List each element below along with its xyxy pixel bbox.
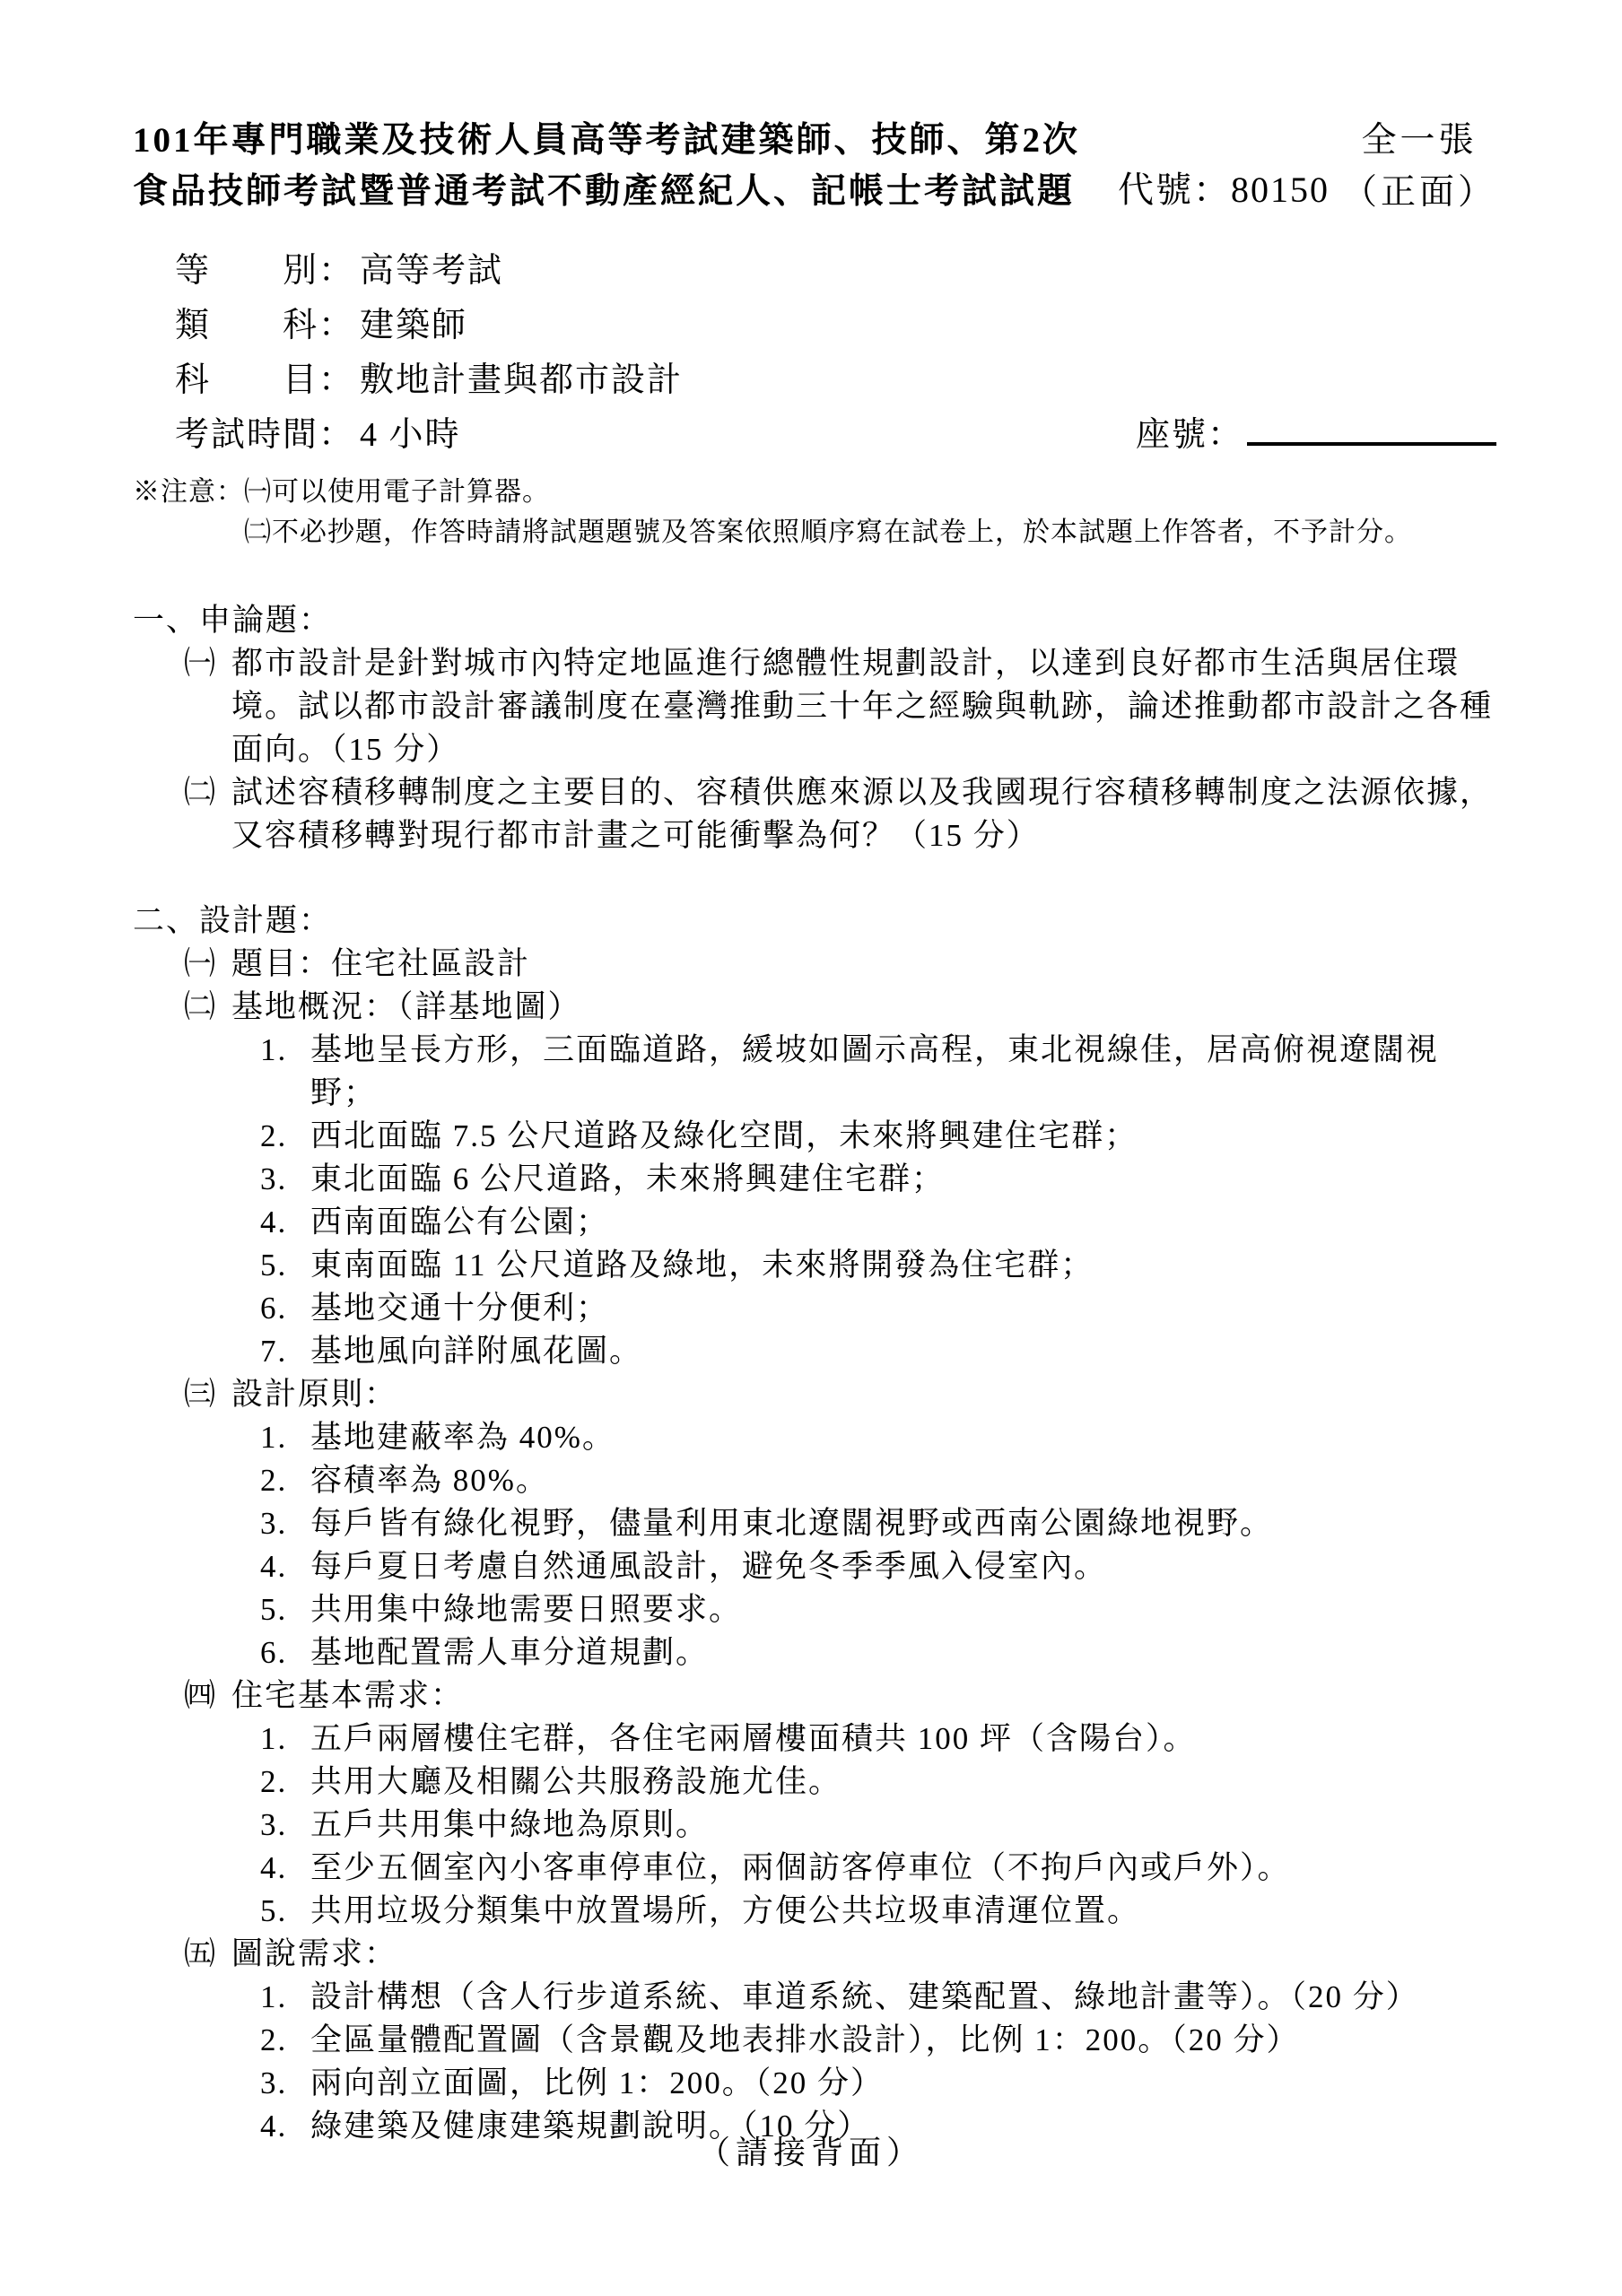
exam-info: 等別：高等考試 類科：建築師 科目：敷地計畫與都市設計 考試時間：4 小時 座號… bbox=[133, 242, 1496, 461]
sub-item: 4.至少五個室內小客車停車位，兩個訪客停車位（不拘戶內或戶外）。 bbox=[231, 1847, 1496, 1890]
sub-item-text: 五戶共用集中綠地為原則。 bbox=[310, 1804, 1496, 1847]
sub-item-number: 1. bbox=[260, 1976, 310, 2019]
item-marker: ㈠ bbox=[184, 642, 231, 771]
sub-item-number: 7. bbox=[260, 1330, 310, 1373]
question-item: ㈠都市設計是針對城市內特定地區進行總體性規劃設計，以達到良好都市生活與居住環境。… bbox=[133, 642, 1496, 771]
sub-item: 1.基地建蔽率為 40%。 bbox=[231, 1416, 1496, 1459]
item-text: 都市設計是針對城市內特定地區進行總體性規劃設計，以達到良好都市生活與居住環境。試… bbox=[231, 642, 1496, 771]
exam-paper-page: 101年專門職業及技術人員高等考試建築師、技師、第2次 食品技師考試暨普通考試不… bbox=[0, 0, 1622, 2296]
header: 101年專門職業及技術人員高等考試建築師、技師、第2次 食品技師考試暨普通考試不… bbox=[133, 115, 1496, 219]
sub-item: 5.共用集中綠地需要日照要求。 bbox=[231, 1588, 1496, 1631]
sub-item-number: 1. bbox=[260, 1416, 310, 1459]
sub-item: 3.每戶皆有綠化視野，儘量利用東北遼闊視野或西南公園綠地視野。 bbox=[231, 1502, 1496, 1545]
sub-item-number: 3. bbox=[260, 1804, 310, 1847]
sub-item-number: 5. bbox=[260, 1588, 310, 1631]
seat-number-group: 座號： bbox=[1136, 406, 1496, 456]
grade-row: 等別：高等考試 bbox=[175, 242, 1496, 297]
item-text: 題目：住宅社區設計 bbox=[231, 943, 1496, 986]
item-marker: ㈣ bbox=[184, 1674, 231, 1933]
paper-code-value: 80150 bbox=[1231, 170, 1330, 210]
duration-label: 考試時間 bbox=[175, 406, 318, 456]
section-heading: 二、設計題： bbox=[133, 900, 1496, 943]
question-item: ㈠題目：住宅社區設計 bbox=[133, 943, 1496, 986]
item-body: 基地概況：（詳基地圖）1.基地呈長方形，三面臨道路，緩坡如圖示高程，東北視線佳，… bbox=[231, 986, 1496, 1373]
sub-item-text: 共用垃圾分類集中放置場所，方便公共垃圾車清運位置。 bbox=[310, 1890, 1496, 1933]
question-item: ㈡試述容積移轉制度之主要目的、容積供應來源以及我國現行容積移轉制度之法源依據，又… bbox=[133, 771, 1496, 857]
sub-item: 6.基地交通十分便利； bbox=[231, 1287, 1496, 1330]
item-body: 住宅基本需求：1.五戶兩層樓住宅群，各住宅兩層樓面積共 100 坪（含陽台）。2… bbox=[231, 1674, 1496, 1933]
grade-value: 高等考試 bbox=[360, 242, 503, 291]
item-body: 試述容積移轉制度之主要目的、容積供應來源以及我國現行容積移轉制度之法源依據，又容… bbox=[231, 771, 1496, 857]
sub-item-number: 3. bbox=[260, 1158, 310, 1201]
sub-item-text: 每戶皆有綠化視野，儘量利用東北遼闊視野或西南公園綠地視野。 bbox=[310, 1502, 1496, 1545]
paper-code: 代號：80150 bbox=[1118, 161, 1330, 213]
sub-item: 1.設計構想（含人行步道系統、車道系統、建築配置、綠地計畫等）。（20 分） bbox=[231, 1976, 1496, 2019]
question-item: ㈡基地概況：（詳基地圖）1.基地呈長方形，三面臨道路，緩坡如圖示高程，東北視線佳… bbox=[133, 986, 1496, 1373]
exam-title-line1: 101年專門職業及技術人員高等考試建築師、技師、第2次 bbox=[133, 115, 1111, 166]
sub-item-number: 6. bbox=[260, 1287, 310, 1330]
item-body: 圖說需求：1.設計構想（含人行步道系統、車道系統、建築配置、綠地計畫等）。（20… bbox=[231, 1933, 1496, 2148]
item-text: 基地概況：（詳基地圖） bbox=[231, 986, 1496, 1029]
section-heading: 一、申論題： bbox=[133, 599, 1496, 642]
notice-item: ㈠可以使用電子計算器。 bbox=[244, 472, 1496, 512]
sub-item-number: 2. bbox=[260, 1459, 310, 1502]
sub-item-text: 基地交通十分便利； bbox=[310, 1287, 1496, 1330]
sub-item-text: 基地呈長方形，三面臨道路，緩坡如圖示高程，東北視線佳，居高俯視遼闊視野； bbox=[310, 1029, 1496, 1115]
sub-item-number: 4. bbox=[260, 1545, 310, 1588]
sub-item-number: 1. bbox=[260, 1029, 310, 1115]
sub-item: 7.基地風向詳附風花圖。 bbox=[231, 1330, 1496, 1373]
item-text: 住宅基本需求： bbox=[231, 1674, 1496, 1718]
question-section: 一、申論題：㈠都市設計是針對城市內特定地區進行總體性規劃設計，以達到良好都市生活… bbox=[133, 599, 1496, 857]
category-row: 類科：建築師 bbox=[175, 297, 1496, 352]
sub-item-text: 至少五個室內小客車停車位，兩個訪客停車位（不拘戶內或戶外）。 bbox=[310, 1847, 1496, 1890]
notice-items: ㈠可以使用電子計算器。 ㈡不必抄題，作答時請將試題題號及答案依照順序寫在試卷上，… bbox=[244, 472, 1496, 552]
sub-item: 3.五戶共用集中綠地為原則。 bbox=[231, 1804, 1496, 1847]
sub-item-number: 2. bbox=[260, 1115, 310, 1158]
subject-row: 科目：敷地計畫與都市設計 bbox=[175, 352, 1496, 406]
sub-item: 1.基地呈長方形，三面臨道路，緩坡如圖示高程，東北視線佳，居高俯視遼闊視野； bbox=[231, 1029, 1496, 1115]
sub-item-text: 東北面臨 6 公尺道路，未來將興建住宅群； bbox=[310, 1158, 1496, 1201]
sub-item-number: 3. bbox=[260, 1502, 310, 1545]
sub-item: 6.基地配置需人車分道規劃。 bbox=[231, 1631, 1496, 1674]
sub-item-number: 5. bbox=[260, 1244, 310, 1287]
sub-item: 5.共用垃圾分類集中放置場所，方便公共垃圾車清運位置。 bbox=[231, 1890, 1496, 1933]
seat-number-label: 座號： bbox=[1136, 406, 1243, 456]
sub-item-text: 共用集中綠地需要日照要求。 bbox=[310, 1588, 1496, 1631]
sub-item-number: 3. bbox=[260, 2062, 310, 2105]
subject-value: 敷地計畫與都市設計 bbox=[360, 352, 683, 401]
question-item: ㈢設計原則：1.基地建蔽率為 40%。2.容積率為 80%。3.每戶皆有綠化視野… bbox=[133, 1373, 1496, 1674]
sub-item: 4.西南面臨公有公園； bbox=[231, 1201, 1496, 1244]
duration-row: 考試時間：4 小時 座號： bbox=[175, 406, 1496, 461]
sub-item: 5.東南面臨 11 公尺道路及綠地，未來將開發為住宅群； bbox=[231, 1244, 1496, 1287]
grade-label: 等別 bbox=[175, 242, 318, 291]
item-marker: ㈡ bbox=[184, 986, 231, 1373]
sub-item-text: 設計構想（含人行步道系統、車道系統、建築配置、綠地計畫等）。（20 分） bbox=[310, 1976, 1496, 2019]
sub-item-number: 1. bbox=[260, 1718, 310, 1761]
item-marker: ㈠ bbox=[184, 943, 231, 986]
question-item: ㈤圖說需求：1.設計構想（含人行步道系統、車道系統、建築配置、綠地計畫等）。（2… bbox=[133, 1933, 1496, 2148]
item-body: 題目：住宅社區設計 bbox=[231, 943, 1496, 986]
sub-item-text: 東南面臨 11 公尺道路及綠地，未來將開發為住宅群； bbox=[310, 1244, 1496, 1287]
duration-group: 考試時間：4 小時 bbox=[175, 406, 461, 456]
sub-item-text: 西南面臨公有公園； bbox=[310, 1201, 1496, 1244]
sub-item-text: 每戶夏日考慮自然通風設計，避免冬季季風入侵室內。 bbox=[310, 1545, 1496, 1588]
sub-item-text: 基地建蔽率為 40%。 bbox=[310, 1416, 1496, 1459]
sub-item-text: 兩向剖立面圖，比例 1：200。（20 分） bbox=[310, 2062, 1496, 2105]
item-text: 圖說需求： bbox=[231, 1933, 1496, 1976]
sub-item-number: 2. bbox=[260, 1761, 310, 1804]
sub-item-text: 西北面臨 7.5 公尺道路及綠化空間，未來將興建住宅群； bbox=[310, 1115, 1496, 1158]
sub-item: 3.東北面臨 6 公尺道路，未來將興建住宅群； bbox=[231, 1158, 1496, 1201]
paper-code-label: 代號： bbox=[1118, 170, 1231, 210]
item-body: 設計原則：1.基地建蔽率為 40%。2.容積率為 80%。3.每戶皆有綠化視野，… bbox=[231, 1373, 1496, 1674]
sub-item-text: 全區量體配置圖（含景觀及地表排水設計），比例 1：200。（20 分） bbox=[310, 2019, 1496, 2062]
question-section: 二、設計題：㈠題目：住宅社區設計㈡基地概況：（詳基地圖）1.基地呈長方形，三面臨… bbox=[133, 900, 1496, 2148]
sub-item-text: 共用大廳及相關公共服務設施尤佳。 bbox=[310, 1761, 1496, 1804]
sub-item-number: 4. bbox=[260, 1847, 310, 1890]
sub-item: 1.五戶兩層樓住宅群，各住宅兩層樓面積共 100 坪（含陽台）。 bbox=[231, 1718, 1496, 1761]
sheet-info: 全一張 （正面） bbox=[1342, 115, 1496, 219]
question-sections: 一、申論題：㈠都市設計是針對城市內特定地區進行總體性規劃設計，以達到良好都市生活… bbox=[133, 599, 1496, 2148]
item-marker: ㈢ bbox=[184, 1373, 231, 1674]
sub-item-number: 6. bbox=[260, 1631, 310, 1674]
sub-item: 4.每戶夏日考慮自然通風設計，避免冬季季風入侵室內。 bbox=[231, 1545, 1496, 1588]
sub-item-text: 基地配置需人車分道規劃。 bbox=[310, 1631, 1496, 1674]
item-text: 設計原則： bbox=[231, 1373, 1496, 1416]
question-item: ㈣住宅基本需求：1.五戶兩層樓住宅群，各住宅兩層樓面積共 100 坪（含陽台）。… bbox=[133, 1674, 1496, 1933]
exam-title-line2: 食品技師考試暨普通考試不動產經紀人、記帳士考試試題 bbox=[133, 166, 1111, 217]
sub-item: 3.兩向剖立面圖，比例 1：200。（20 分） bbox=[231, 2062, 1496, 2105]
item-marker: ㈡ bbox=[184, 771, 231, 857]
item-text: 試述容積移轉制度之主要目的、容積供應來源以及我國現行容積移轉制度之法源依據，又容… bbox=[231, 771, 1496, 857]
category-value: 建築師 bbox=[360, 297, 467, 346]
category-label: 類科 bbox=[175, 297, 318, 346]
sub-item: 2.容積率為 80%。 bbox=[231, 1459, 1496, 1502]
seat-number-blank-line bbox=[1247, 406, 1496, 446]
sub-item-text: 基地風向詳附風花圖。 bbox=[310, 1330, 1496, 1373]
subject-label: 科目 bbox=[175, 352, 318, 401]
sub-item: 2.共用大廳及相關公共服務設施尤佳。 bbox=[231, 1761, 1496, 1804]
item-body: 都市設計是針對城市內特定地區進行總體性規劃設計，以達到良好都市生活與居住環境。試… bbox=[231, 642, 1496, 771]
notice-item: ㈡不必抄題，作答時請將試題題號及答案依照順序寫在試卷上，於本試題上作答者，不予計… bbox=[244, 512, 1496, 552]
item-marker: ㈤ bbox=[184, 1933, 231, 2148]
sub-item: 2.全區量體配置圖（含景觀及地表排水設計），比例 1：200。（20 分） bbox=[231, 2019, 1496, 2062]
sub-item-text: 容積率為 80%。 bbox=[310, 1459, 1496, 1502]
sheet-count-label: 全一張 bbox=[1342, 115, 1496, 167]
sub-item-number: 5. bbox=[260, 1890, 310, 1933]
page-footer: （請接背面） bbox=[0, 2127, 1622, 2173]
sub-item-text: 五戶兩層樓住宅群，各住宅兩層樓面積共 100 坪（含陽台）。 bbox=[310, 1718, 1496, 1761]
sheet-side-label: （正面） bbox=[1342, 167, 1496, 219]
notice-prefix: ※注意： bbox=[133, 472, 244, 552]
notice: ※注意： ㈠可以使用電子計算器。 ㈡不必抄題，作答時請將試題題號及答案依照順序寫… bbox=[133, 472, 1496, 552]
duration-value: 4 小時 bbox=[360, 406, 461, 456]
sub-item-number: 2. bbox=[260, 2019, 310, 2062]
sub-item: 2.西北面臨 7.5 公尺道路及綠化空間，未來將興建住宅群； bbox=[231, 1115, 1496, 1158]
exam-title: 101年專門職業及技術人員高等考試建築師、技師、第2次 食品技師考試暨普通考試不… bbox=[133, 115, 1111, 217]
sub-item-number: 4. bbox=[260, 1201, 310, 1244]
